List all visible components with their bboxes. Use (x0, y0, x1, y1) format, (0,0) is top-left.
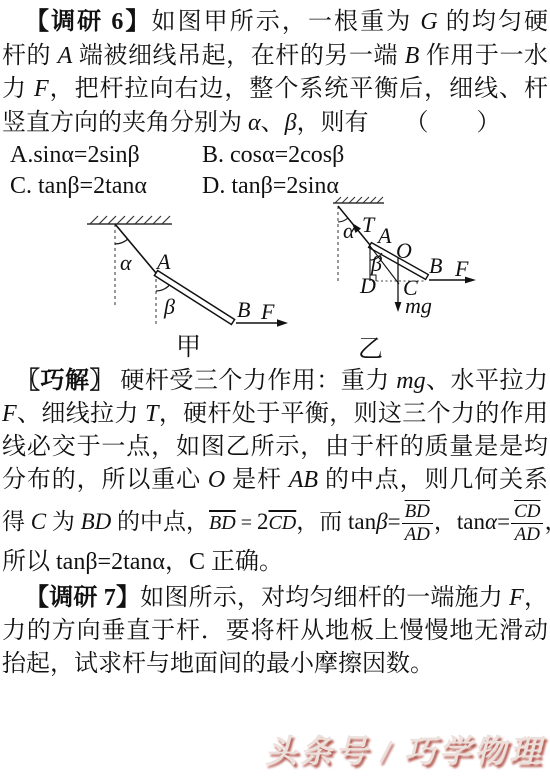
figure-jia: α A β B F 甲 (87, 216, 288, 361)
solution-line1: 〖巧解〗 硬杆受三个力作用：重力 mg、水平拉力 (2, 365, 548, 398)
label-alpha-jia: α (120, 250, 132, 275)
label-A-jia: A (155, 249, 171, 274)
figure-yi: T α A O β B F D C mg 乙 (333, 197, 476, 362)
ceiling-hatching-jia (90, 216, 170, 224)
problem6-line1: 【调研 6】如图甲所示，一根重为 G 的均匀硬杆， (2, 6, 548, 40)
problem7-line1: 【调研 7】如图所示，对均匀细杆的一端施力 F， (2, 582, 548, 615)
force-F-arrowhead-jia (277, 319, 288, 327)
problem6-line2: 杆的 A 端被细线吊起，在杆的另一端 B 作用于一水平 (2, 40, 548, 74)
option-a: A.sinα=2sinβ (10, 140, 140, 171)
label-B-jia: B (237, 297, 250, 322)
label-beta-jia: β (163, 294, 175, 319)
caption-yi: 乙 (358, 336, 383, 362)
problem7-paragraph: 【调研 7】如图所示，对均匀细杆的一端施力 F， 力的方向垂直于杆．要将杆从地板… (2, 582, 548, 681)
document-page: 【调研 6】如图甲所示，一根重为 G 的均匀硬杆， 杆的 A 端被细线吊起，在杆… (0, 0, 550, 778)
label-mg-yi: mg (405, 293, 432, 318)
solution-formula-line: 得 C 为 BD 的中点，BD = 2CD，而 tanβ=BDAD，tanα=C… (2, 497, 548, 546)
problem6-line4: 竖直方向的夹角分别为 α、β，则有 （ ） (2, 107, 548, 141)
weight-mg-arrowhead-yi (395, 302, 402, 312)
solution-line4: 分布的，所以重心 O 是杆 AB 的中点，则几何关系可 (2, 464, 548, 497)
physics-diagrams-svg: α A β B F 甲 (0, 192, 550, 362)
option-b: B. cosα=2cosβ (202, 140, 344, 171)
label-D-yi: D (359, 273, 376, 298)
label-F-jia: F (260, 299, 275, 324)
solution-paragraph: 〖巧解〗 硬杆受三个力作用：重力 mg、水平拉力 F、细线拉力 T，硬杆处于平衡… (2, 365, 548, 579)
label-A-yi: A (376, 223, 392, 248)
figures-block: α A β B F 甲 (0, 192, 550, 367)
label-F-yi: F (454, 256, 469, 281)
label-O-yi: O (396, 238, 412, 263)
ceiling-hatching-yi (335, 197, 383, 203)
label-alpha-yi: α (343, 218, 355, 243)
caption-jia: 甲 (176, 334, 201, 361)
solution-line2: F、细线拉力 T，硬杆处于平衡，则这三个力的作用 (2, 398, 548, 431)
solution-line6: 所以 tanβ=2tanα，C 正确。 (2, 546, 548, 579)
problem7-line2: 力的方向垂直于杆．要将杆从地板上慢慢地无滑动地 (2, 615, 548, 648)
label-B-yi: B (429, 253, 442, 278)
alpha-arc-jia (115, 239, 128, 244)
label-T-yi: T (362, 212, 376, 237)
options-row-1: A.sinα=2sinβ B. cosα=2cosβ (2, 140, 548, 171)
problem6-line3: 力 F，把杆拉向右边，整个系统平衡后，细线、杆与 (2, 73, 548, 107)
watermark-text: 头条号 / 巧学物理 (265, 726, 544, 772)
solution-line3: 线必交于一点，如图乙所示，由于杆的质量是是均匀 (2, 431, 548, 464)
problem6-paragraph: 【调研 6】如图甲所示，一根重为 G 的均匀硬杆， 杆的 A 端被细线吊起，在杆… (2, 6, 548, 140)
problem7-line3: 抬起，试求杆与地面间的最小摩擦因数。 (2, 648, 548, 681)
